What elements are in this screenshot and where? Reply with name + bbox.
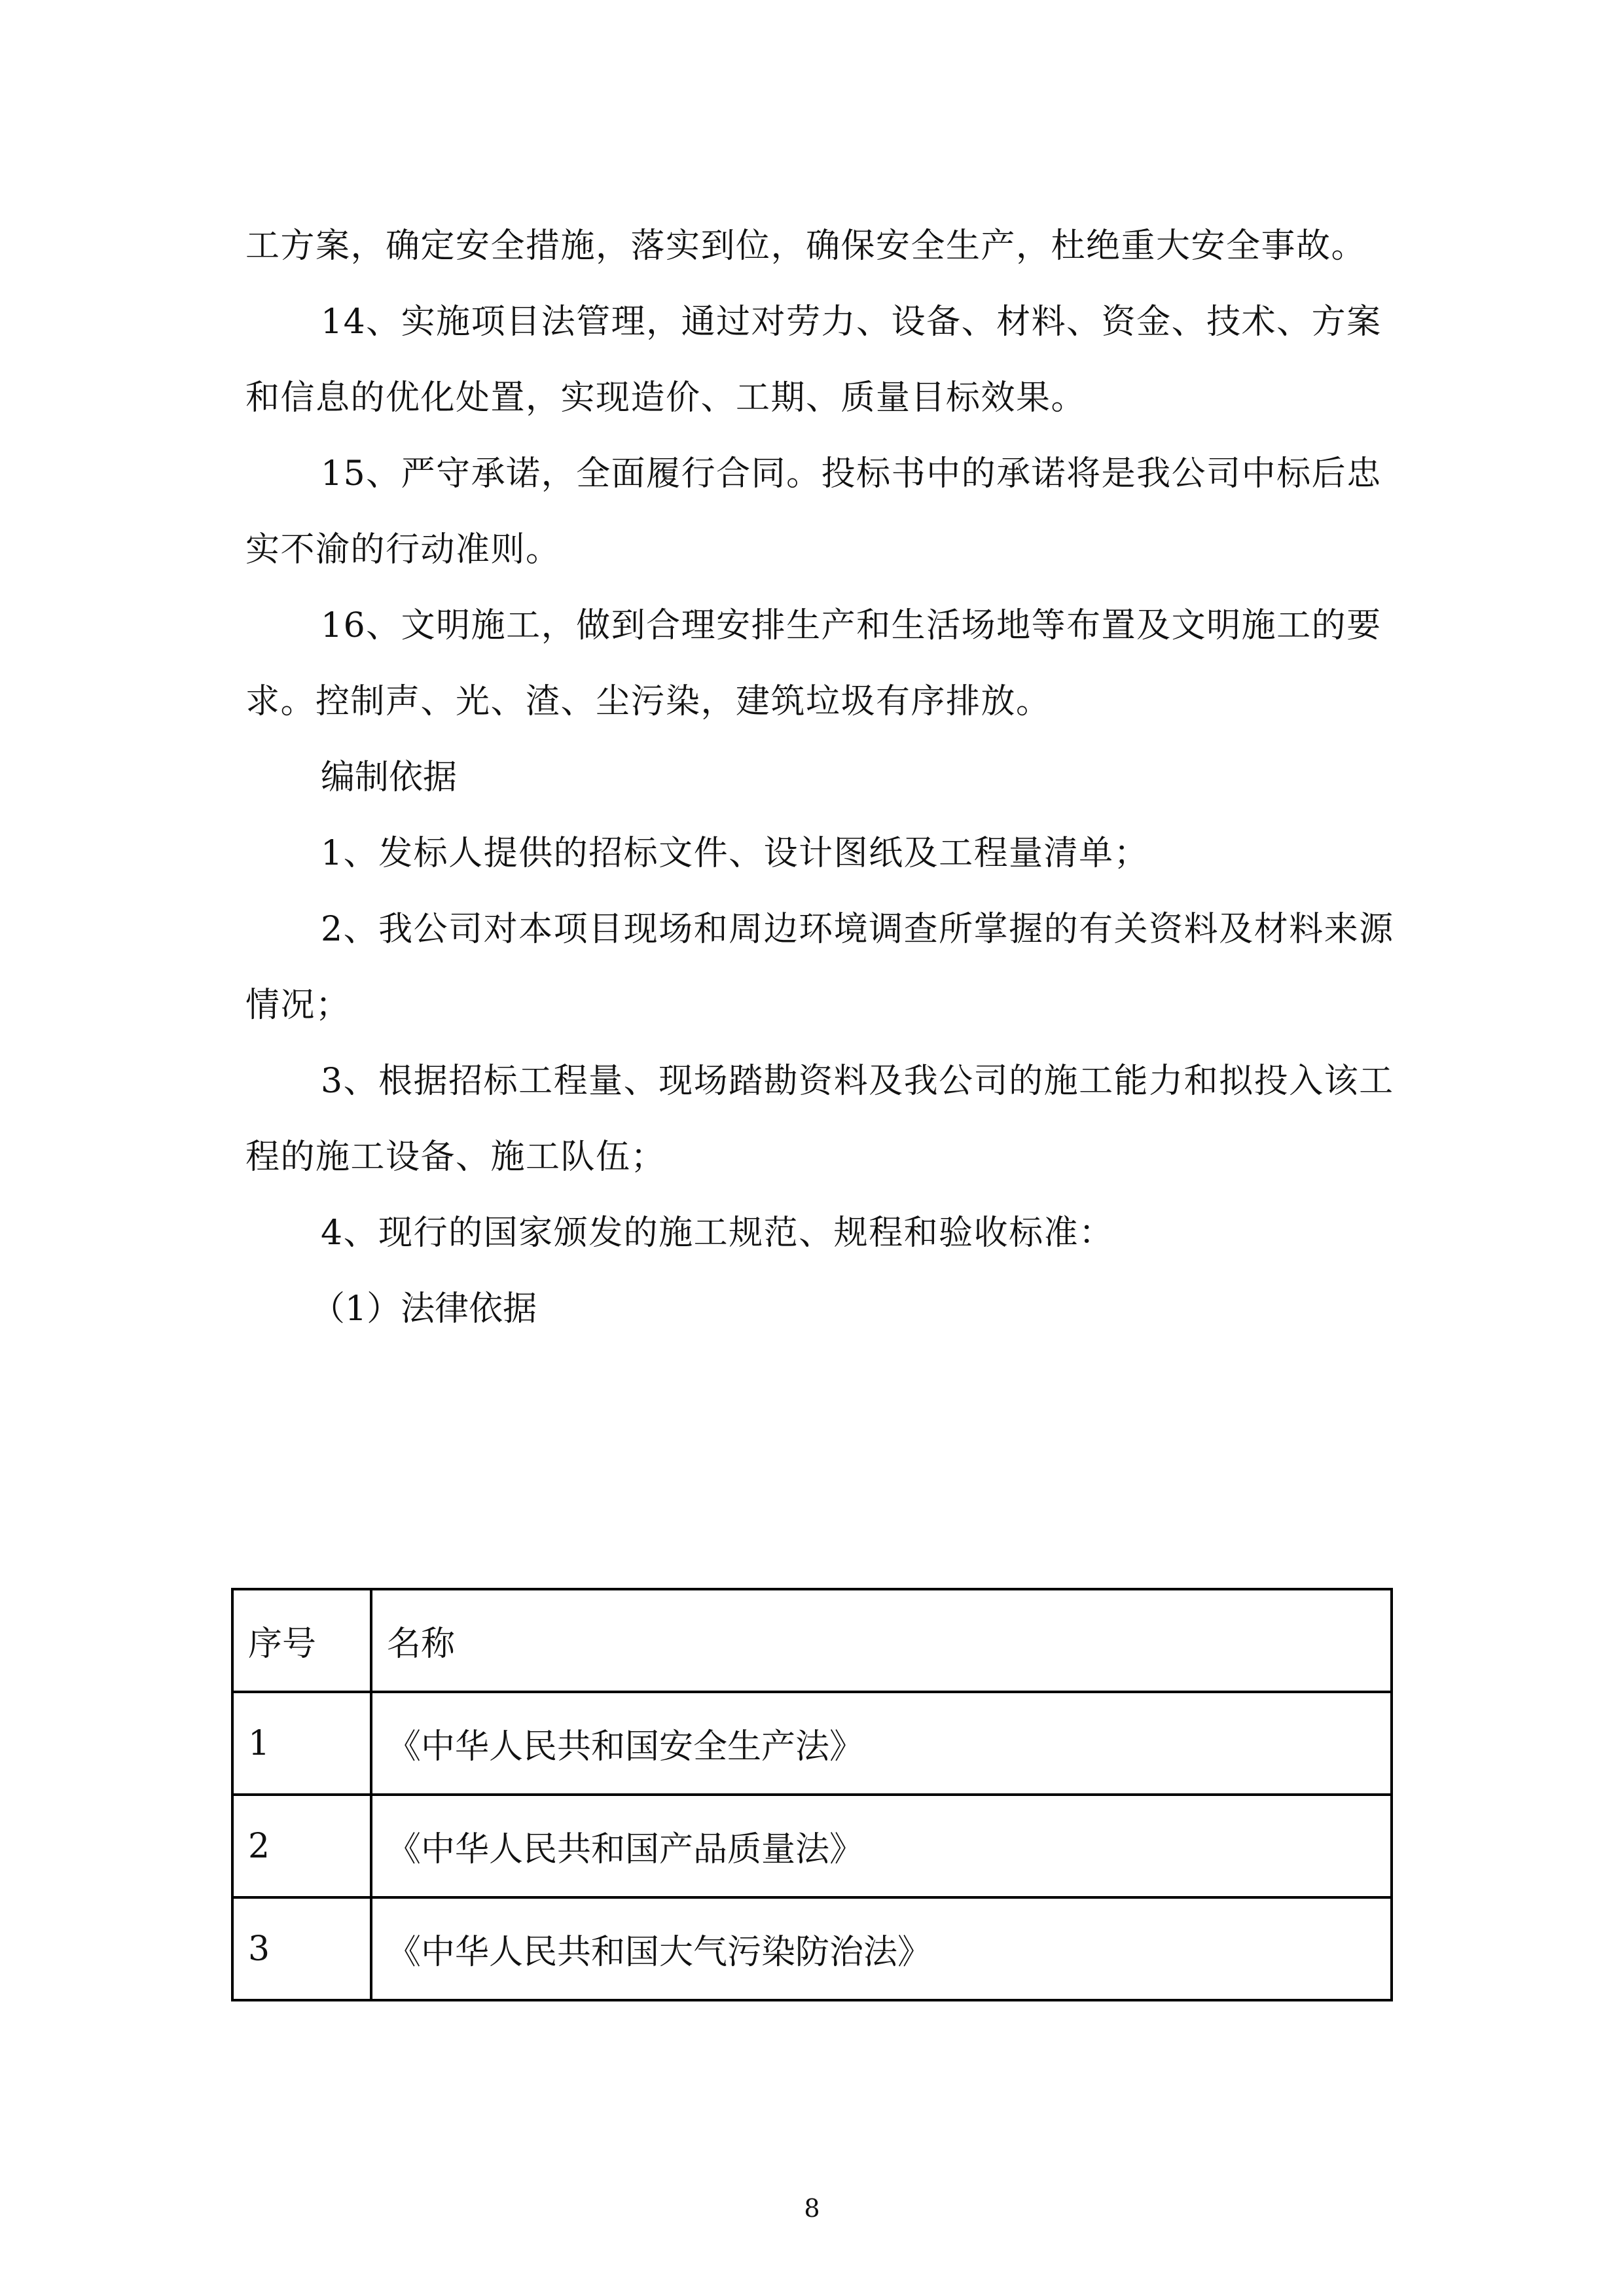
page-number: 8: [0, 2194, 1624, 2223]
cell-name: 《中华人民共和国产品质量法》: [371, 1795, 1392, 1897]
basis-item-3: 3、根据招标工程量、现场踏勘资料及我公司的施工能力和拟投入该工程的施工设备、施工…: [245, 1043, 1398, 1195]
cell-index: 2: [232, 1795, 371, 1897]
document-page: 工方案，确定安全措施，落实到位，确保安全生产，杜绝重大安全事故。 14、实施项目…: [0, 0, 1624, 2296]
basis-item-4: 4、现行的国家颁发的施工规范、规程和验收标准：: [245, 1195, 1398, 1271]
table-row: 1 《中华人民共和国安全生产法》: [232, 1692, 1392, 1795]
cell-index: 1: [232, 1692, 371, 1795]
paragraph-item-14: 14、实施项目法管理，通过对劳力、设备、材料、资金、技术、方案和信息的优化处置，…: [245, 284, 1398, 436]
cell-index: 3: [232, 1897, 371, 2000]
basis-item-2: 2、我公司对本项目现场和周边环境调查所掌握的有关资料及材料来源情况；: [245, 891, 1398, 1043]
section-heading: 编制依据: [245, 740, 1398, 816]
legal-basis-table: 序号 名称 1 《中华人民共和国安全生产法》 2 《中华人民共和国产品质量法》 …: [231, 1588, 1393, 2001]
table-row: 2 《中华人民共和国产品质量法》: [232, 1795, 1392, 1897]
cell-name: 《中华人民共和国安全生产法》: [371, 1692, 1392, 1795]
paragraph-item-15: 15、严守承诺，全面履行合同。投标书中的承诺将是我公司中标后忠实不渝的行动准则。: [245, 436, 1398, 588]
cell-name: 《中华人民共和国大气污染防治法》: [371, 1897, 1392, 2000]
table-header-row: 序号 名称: [232, 1589, 1392, 1692]
subsection-heading: （1）法律依据: [245, 1271, 1398, 1347]
basis-item-1: 1、发标人提供的招标文件、设计图纸及工程量清单；: [245, 816, 1398, 891]
body-content: 工方案，确定安全措施，落实到位，确保安全生产，杜绝重大安全事故。 14、实施项目…: [245, 208, 1398, 1347]
table-row: 3 《中华人民共和国大气污染防治法》: [232, 1897, 1392, 2000]
paragraph-item-16: 16、文明施工，做到合理安排生产和生活场地等布置及文明施工的要求。控制声、光、渣…: [245, 588, 1398, 740]
column-header-name: 名称: [371, 1589, 1392, 1692]
column-header-index: 序号: [232, 1589, 371, 1692]
paragraph-continuation: 工方案，确定安全措施，落实到位，确保安全生产，杜绝重大安全事故。: [245, 208, 1398, 284]
